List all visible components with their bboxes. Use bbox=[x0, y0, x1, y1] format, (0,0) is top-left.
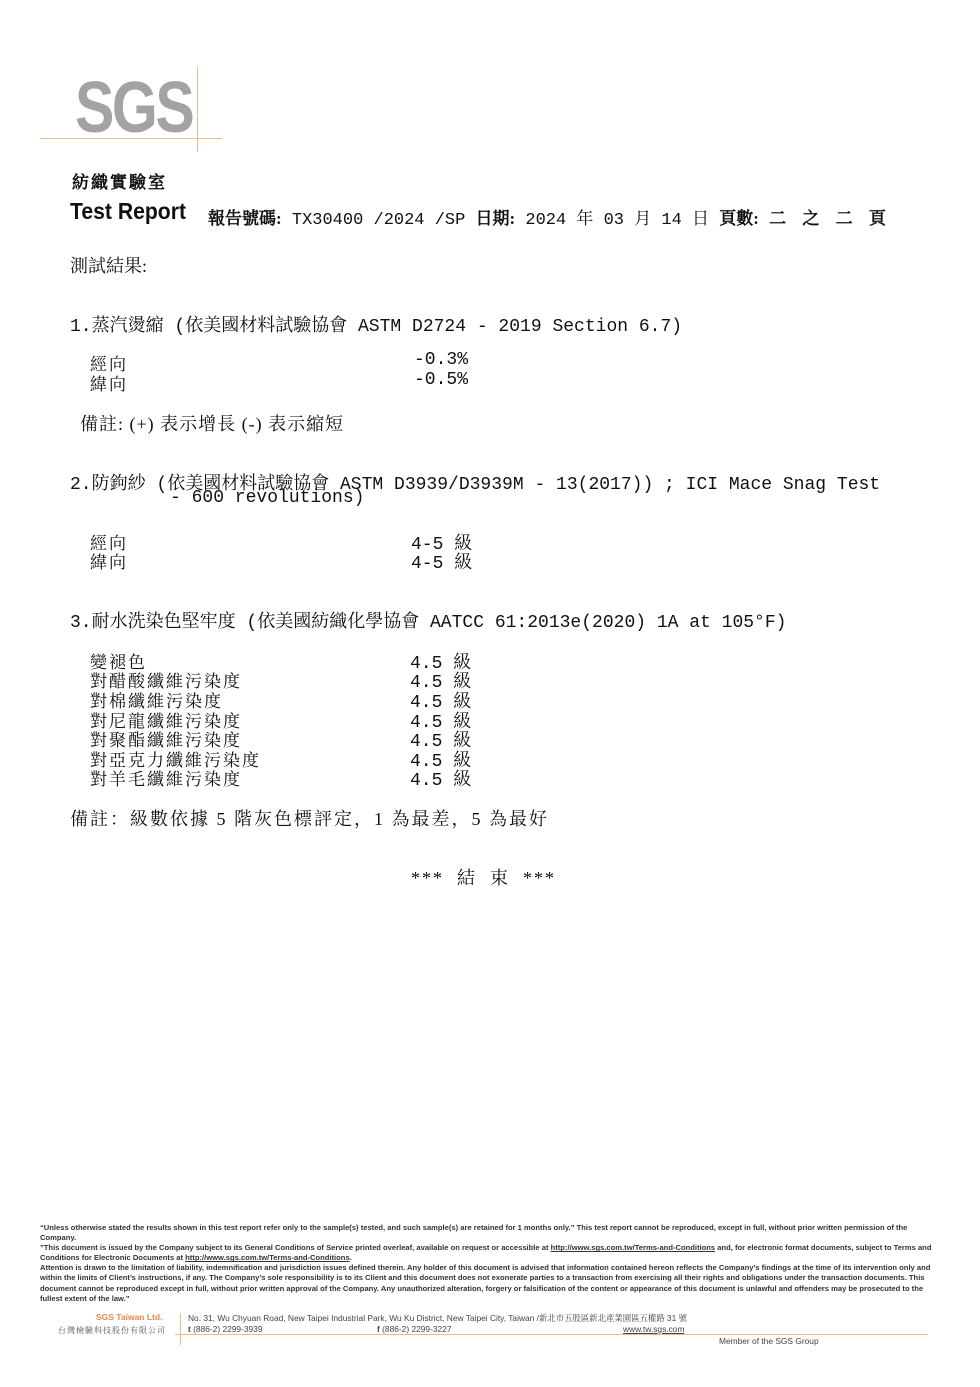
member-tagline: Member of the SGS Group bbox=[719, 1336, 819, 1346]
section-3-row-value: 4.5 級 bbox=[410, 765, 471, 791]
report-no-label: 報告號碼: bbox=[208, 209, 282, 228]
footer-vertical-rule bbox=[180, 1313, 181, 1345]
page-count: 二 之 二 頁 bbox=[769, 209, 892, 228]
section-1-row-value: -0.3% bbox=[414, 350, 468, 370]
date-label: 日期: bbox=[476, 209, 516, 228]
report-meta: 報告號碼: TX30400 /2024 /SP 日期: 2024 年 03 月 … bbox=[208, 204, 892, 230]
terms-link[interactable]: http://www.sgs.com.tw/Terms-and-Conditio… bbox=[551, 1243, 716, 1252]
lab-name: 紡織實驗室 bbox=[72, 168, 167, 193]
logo-horizontal-rule bbox=[40, 138, 222, 139]
company-fax: f (886-2) 2299-3227 bbox=[377, 1324, 452, 1334]
disclaimer-paragraph-3: Attention is drawn to the limitation of … bbox=[40, 1263, 940, 1303]
disclaimer-paragraph-1: “Unless otherwise stated the results sho… bbox=[40, 1223, 940, 1243]
section-3-row-label: 對羊毛纖維污染度 bbox=[90, 765, 242, 790]
section-3-note: 備註：級數依據 5 階灰色標評定，1 為最差，5 為最好 bbox=[70, 805, 549, 831]
footer-horizontal-rule bbox=[175, 1334, 928, 1335]
electronic-terms-link[interactable]: http://www.sgs.com.tw/Terms-and-Conditio… bbox=[185, 1253, 350, 1262]
report-date: 2024 年 03 月 14 日 bbox=[525, 211, 709, 230]
company-name-zh: 台灣檢驗科技股份有限公司 bbox=[58, 1325, 166, 1336]
results-heading: 測試結果: bbox=[70, 252, 147, 278]
section-1-title: 1.蒸汽燙縮 (依美國材料試驗協會 ASTM D2724 - 2019 Sect… bbox=[70, 311, 682, 337]
end-marker: *** 結 束 *** bbox=[411, 864, 556, 890]
report-title: Test Report bbox=[70, 198, 186, 225]
company-name-en: SGS Taiwan Ltd. bbox=[96, 1312, 162, 1322]
report-header: Test Report 報告號碼: TX30400 /2024 /SP 日期: … bbox=[70, 198, 196, 225]
section-1-row-label: 緯向 bbox=[90, 370, 128, 395]
pages-label: 頁數: bbox=[719, 209, 759, 228]
website-link[interactable]: www.tw.sgs.com bbox=[623, 1324, 684, 1334]
section-1-note: 備註: (+) 表示增長 (-) 表示縮短 bbox=[80, 410, 344, 436]
legal-disclaimer: “Unless otherwise stated the results sho… bbox=[40, 1223, 940, 1304]
section-1-row-value: -0.5% bbox=[414, 370, 468, 390]
company-address: No. 31, Wu Chyuan Road, New Taipei Indus… bbox=[188, 1312, 687, 1324]
report-no: TX30400 /2024 /SP bbox=[292, 211, 465, 230]
section-2-row-label: 緯向 bbox=[90, 548, 128, 573]
section-2-title-continued: - 600 revolutions) bbox=[170, 488, 364, 508]
disclaimer-paragraph-2: ”This document is issued by the Company … bbox=[40, 1243, 940, 1263]
logo-vertical-rule bbox=[197, 67, 198, 152]
company-phone: t (886-2) 2299-3939 bbox=[188, 1324, 263, 1334]
sgs-logo: SGS bbox=[75, 72, 192, 144]
section-2-row-value: 4-5 級 bbox=[411, 548, 472, 574]
section-3-title: 3.耐水洗染色堅牢度 (依美國紡織化學協會 AATCC 61:2013e(202… bbox=[70, 607, 786, 633]
